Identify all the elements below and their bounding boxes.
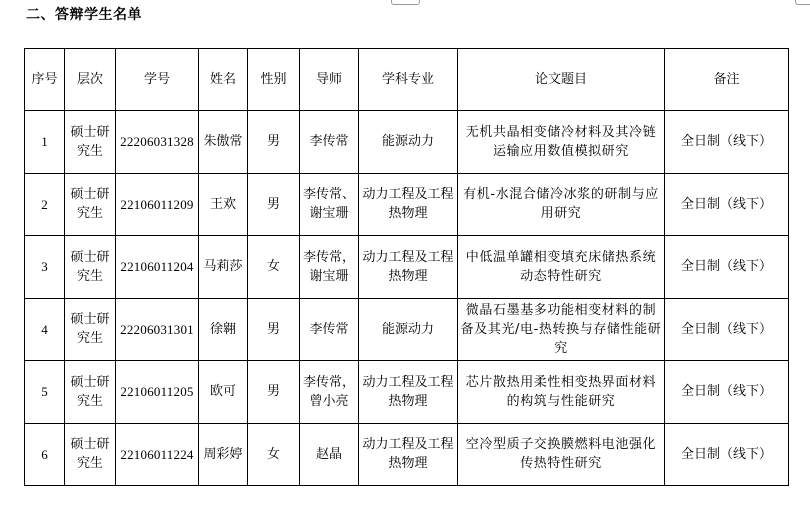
cell-name: 朱傲常	[199, 111, 248, 174]
cell-name: 徐翱	[199, 298, 248, 361]
cell-major: 动力工程及工程热物理	[359, 173, 458, 236]
cell-index: 4	[25, 298, 65, 361]
table-row: 3 硕士研究生 22106011204 马莉莎 女 李传常，谢宝珊 动力工程及工…	[25, 236, 789, 299]
cell-thesis-title: 中低温单罐相变填充床储热系统动态特性研究	[458, 236, 665, 299]
cell-gender: 女	[248, 236, 300, 299]
cell-thesis-title: 芯片散热用柔性相变热界面材料的构筑与性能研究	[458, 361, 665, 424]
cell-level: 硕士研究生	[65, 298, 116, 361]
cell-major: 动力工程及工程热物理	[359, 236, 458, 299]
cell-thesis-title: 空冷型质子交换膜燃料电池强化传热特性研究	[458, 423, 665, 486]
cell-student-id: 22206031328	[116, 111, 199, 174]
header-note: 备注	[665, 49, 789, 111]
table-row: 4 硕士研究生 22206031301 徐翱 男 李传常 能源动力 微晶石墨基多…	[25, 298, 789, 361]
cell-level: 硕士研究生	[65, 423, 116, 486]
cell-advisor: 李传常，谢宝珊	[300, 236, 359, 299]
document-page: 二、答辩学生名单 序号 层次 学号 姓名 性别 导师 学科专业 论文题目 备注	[0, 0, 810, 507]
cell-name: 王欢	[199, 173, 248, 236]
header-index: 序号	[25, 49, 65, 111]
cell-thesis-title: 有机-水混合储冷冰浆的研制与应用研究	[458, 173, 665, 236]
cell-gender: 女	[248, 423, 300, 486]
cell-gender: 男	[248, 298, 300, 361]
cell-advisor: 赵晶	[300, 423, 359, 486]
cell-note: 全日制（线下）	[665, 111, 789, 174]
header-level: 层次	[65, 49, 116, 111]
cell-advisor: 李传常	[300, 298, 359, 361]
cell-name: 欧可	[199, 361, 248, 424]
cell-major: 动力工程及工程热物理	[359, 361, 458, 424]
table-row: 1 硕士研究生 22206031328 朱傲常 男 李传常 能源动力 无机共晶相…	[25, 111, 789, 174]
header-major: 学科专业	[359, 49, 458, 111]
cell-advisor: 李传常、谢宝珊	[300, 173, 359, 236]
cell-level: 硕士研究生	[65, 173, 116, 236]
cell-note: 全日制（线下）	[665, 298, 789, 361]
cell-major: 动力工程及工程热物理	[359, 423, 458, 486]
table-row: 5 硕士研究生 22106011205 欧可 男 李传常，曾小亮 动力工程及工程…	[25, 361, 789, 424]
header-student-id: 学号	[116, 49, 199, 111]
cell-note: 全日制（线下）	[665, 423, 789, 486]
cell-gender: 男	[248, 111, 300, 174]
cell-index: 2	[25, 173, 65, 236]
cell-index: 6	[25, 423, 65, 486]
header-gender: 性别	[248, 49, 300, 111]
cell-major: 能源动力	[359, 298, 458, 361]
cell-student-id: 22106011205	[116, 361, 199, 424]
cell-student-id: 22106011209	[116, 173, 199, 236]
cell-gender: 男	[248, 173, 300, 236]
table-row: 2 硕士研究生 22106011209 王欢 男 李传常、谢宝珊 动力工程及工程…	[25, 173, 789, 236]
cell-index: 1	[25, 111, 65, 174]
cell-student-id: 22106011204	[116, 236, 199, 299]
defense-student-table: 序号 层次 学号 姓名 性别 导师 学科专业 论文题目 备注 1 硕士研究生 2…	[24, 48, 789, 486]
cell-advisor: 李传常	[300, 111, 359, 174]
cell-thesis-title: 微晶石墨基多功能相变材料的制备及其光/电-热转换与存储性能研究	[458, 298, 665, 361]
cell-level: 硕士研究生	[65, 236, 116, 299]
header-name: 姓名	[199, 49, 248, 111]
table-row: 6 硕士研究生 22106011224 周彩婷 女 赵晶 动力工程及工程热物理 …	[25, 423, 789, 486]
cell-note: 全日制（线下）	[665, 173, 789, 236]
table-header-row: 序号 层次 学号 姓名 性别 导师 学科专业 论文题目 备注	[25, 49, 789, 111]
cell-name: 马莉莎	[199, 236, 248, 299]
cell-level: 硕士研究生	[65, 361, 116, 424]
cell-major: 能源动力	[359, 111, 458, 174]
page-tab-handle-right[interactable]	[795, 0, 810, 5]
cell-gender: 男	[248, 361, 300, 424]
cell-index: 5	[25, 361, 65, 424]
cell-student-id: 22206031301	[116, 298, 199, 361]
page-tab-handle[interactable]	[391, 0, 420, 5]
header-advisor: 导师	[300, 49, 359, 111]
cell-index: 3	[25, 236, 65, 299]
cell-student-id: 22106011224	[116, 423, 199, 486]
cell-note: 全日制（线下）	[665, 361, 789, 424]
cell-thesis-title: 无机共晶相变储冷材料及其冷链运输应用数值模拟研究	[458, 111, 665, 174]
cell-note: 全日制（线下）	[665, 236, 789, 299]
cell-advisor: 李传常，曾小亮	[300, 361, 359, 424]
section-title: 二、答辩学生名单	[26, 4, 142, 24]
cell-level: 硕士研究生	[65, 111, 116, 174]
cell-name: 周彩婷	[199, 423, 248, 486]
header-thesis-title: 论文题目	[458, 49, 665, 111]
